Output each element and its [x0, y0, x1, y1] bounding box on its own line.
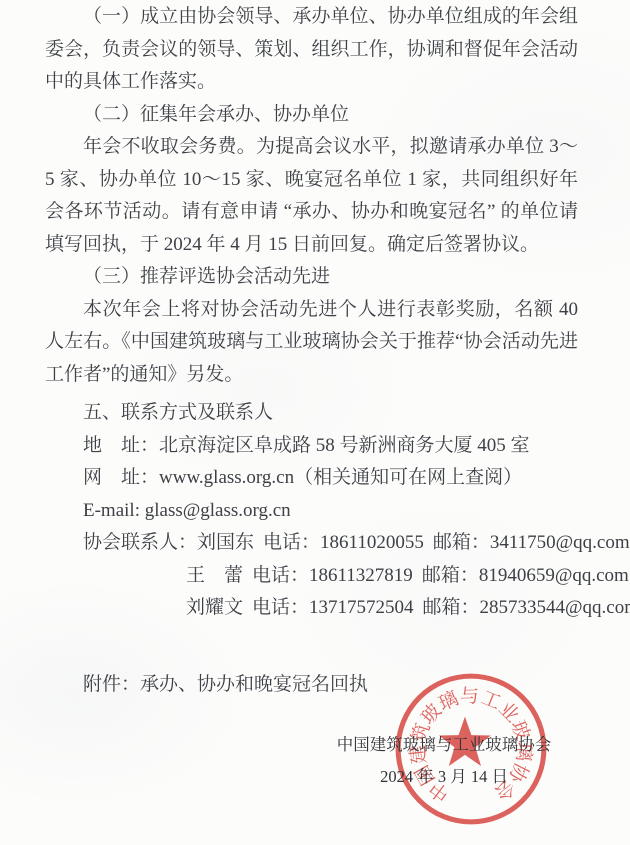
attachment-line: 附件：承办、协办和晚宴冠名回执	[45, 669, 578, 702]
phone-label: 电话：	[263, 532, 320, 553]
mailbox-label: 邮箱：	[422, 565, 479, 586]
contact-label: 协会联系人：	[83, 527, 197, 560]
signature-date: 2024 年 3 月 14 日	[328, 761, 560, 793]
website-line: 网 址：www.glass.org.cn（相关通知可在网上查阅）	[45, 462, 578, 495]
contact-name: 王 蕾	[186, 560, 248, 593]
contact-name: 刘国东	[197, 527, 259, 560]
email-line: E-mail: glass@glass.org.cn	[45, 495, 578, 528]
email-address: 3411750@qq.com	[490, 532, 630, 553]
mailbox-label: 邮箱：	[423, 597, 480, 618]
mailbox-label: 邮箱：	[433, 532, 490, 553]
signature-org-name: 中国建筑玻璃与工业玻璃协会	[328, 729, 560, 761]
phone-label: 电话：	[252, 565, 309, 586]
contact-row-2: 王 蕾电话：18611327819邮箱：81940659@qq.com	[45, 560, 578, 593]
address-line: 地 址：北京海淀区阜成路 58 号新洲商务大厦 405 室	[45, 430, 578, 463]
signature-block: 中国建筑玻璃与工业玻璃协会 2024 年 3 月 14 日	[328, 729, 560, 792]
contact-row-1: 协会联系人：刘国东电话：18611020055邮箱：3411750@qq.com	[45, 527, 578, 560]
paragraph-fee-info: 年会不收取会务费。为提高会议水平，拟邀请承办单位 3～5 家、协办单位 10～1…	[45, 131, 578, 261]
paragraph-item-1: （一）成立由协会领导、承办单位、协办单位组成的年会组委会，负责会议的领导、策划、…	[45, 1, 578, 99]
email-address: 81940659@qq.com	[479, 565, 629, 586]
contact-row-3: 刘耀文电话：13717572504邮箱：285733544@qq.com	[45, 592, 578, 625]
paragraph-item-3: （三）推荐评选协会活动先进	[45, 261, 578, 294]
section-heading-contact: 五、联系方式及联系人	[45, 397, 578, 430]
scanned-notice-page: （一）成立由协会领导、承办单位、协办单位组成的年会组委会，负责会议的领导、策划、…	[0, 0, 630, 845]
paragraph-award-info: 本次年会上将对协会活动先进个人进行表彰奖励，名额 40 人左右。《中国建筑玻璃与…	[45, 294, 578, 392]
phone-number: 18611327819	[309, 565, 413, 586]
phone-label: 电话：	[252, 597, 309, 618]
phone-number: 18611020055	[320, 532, 424, 553]
paragraph-item-2: （二）征集年会承办、协办单位	[45, 99, 578, 132]
document-body: （一）成立由协会领导、承办单位、协办单位组成的年会组委会，负责会议的领导、策划、…	[0, 0, 630, 701]
phone-number: 13717572504	[309, 597, 414, 618]
email-address: 285733544@qq.com	[480, 597, 630, 618]
contact-name: 刘耀文	[186, 592, 248, 625]
